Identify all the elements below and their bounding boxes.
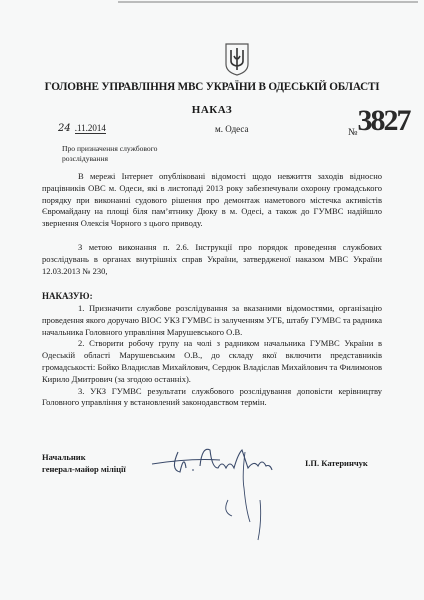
- date-printed: .11.2014: [75, 123, 106, 134]
- trident-emblem-icon: [224, 42, 250, 76]
- order-heading: НАКАЗУЮ:: [42, 291, 93, 301]
- position-line: Начальник: [42, 452, 126, 464]
- subject-line: розслідування: [62, 154, 182, 164]
- signatory-position: Начальник генерал-майор міліції: [42, 452, 126, 475]
- number-value: 3827: [358, 104, 410, 137]
- number-sign: №: [348, 127, 358, 138]
- paragraph-text: В мережі Інтернет опубліковані відомості…: [42, 171, 382, 230]
- city: м. Одеса: [215, 124, 248, 134]
- order-item: 3. УКЗ ГУМВС результати службового розсл…: [42, 386, 382, 410]
- document-date: 24.11.2014: [58, 123, 106, 134]
- subject-line: Про призначення службового: [62, 144, 182, 154]
- signatory-name: І.П. Катеринчук: [305, 458, 368, 468]
- order-item: 1. Призначити службове розслідування за …: [42, 303, 382, 338]
- preamble-paragraph: З метою виконання п. 2.6. Інструкції про…: [42, 242, 382, 277]
- position-line: генерал-майор міліції: [42, 464, 126, 476]
- scan-edge-line: [118, 1, 418, 3]
- date-handwritten: 24: [58, 123, 71, 134]
- organization-name: ГОЛОВНЕ УПРАВЛІННЯ МВС УКРАЇНИ В ОДЕСЬКІ…: [0, 81, 424, 93]
- paragraph-text: З метою виконання п. 2.6. Інструкції про…: [42, 242, 382, 277]
- document-number: №3827: [348, 104, 410, 138]
- handwritten-signature-icon: [150, 440, 290, 550]
- subject: Про призначення службового розслідування: [62, 144, 182, 164]
- order-items: 1. Призначити службове розслідування за …: [42, 303, 382, 409]
- order-item: 2. Створити робочу групу на чолі з радни…: [42, 338, 382, 385]
- preamble-paragraph: В мережі Інтернет опубліковані відомості…: [42, 171, 382, 230]
